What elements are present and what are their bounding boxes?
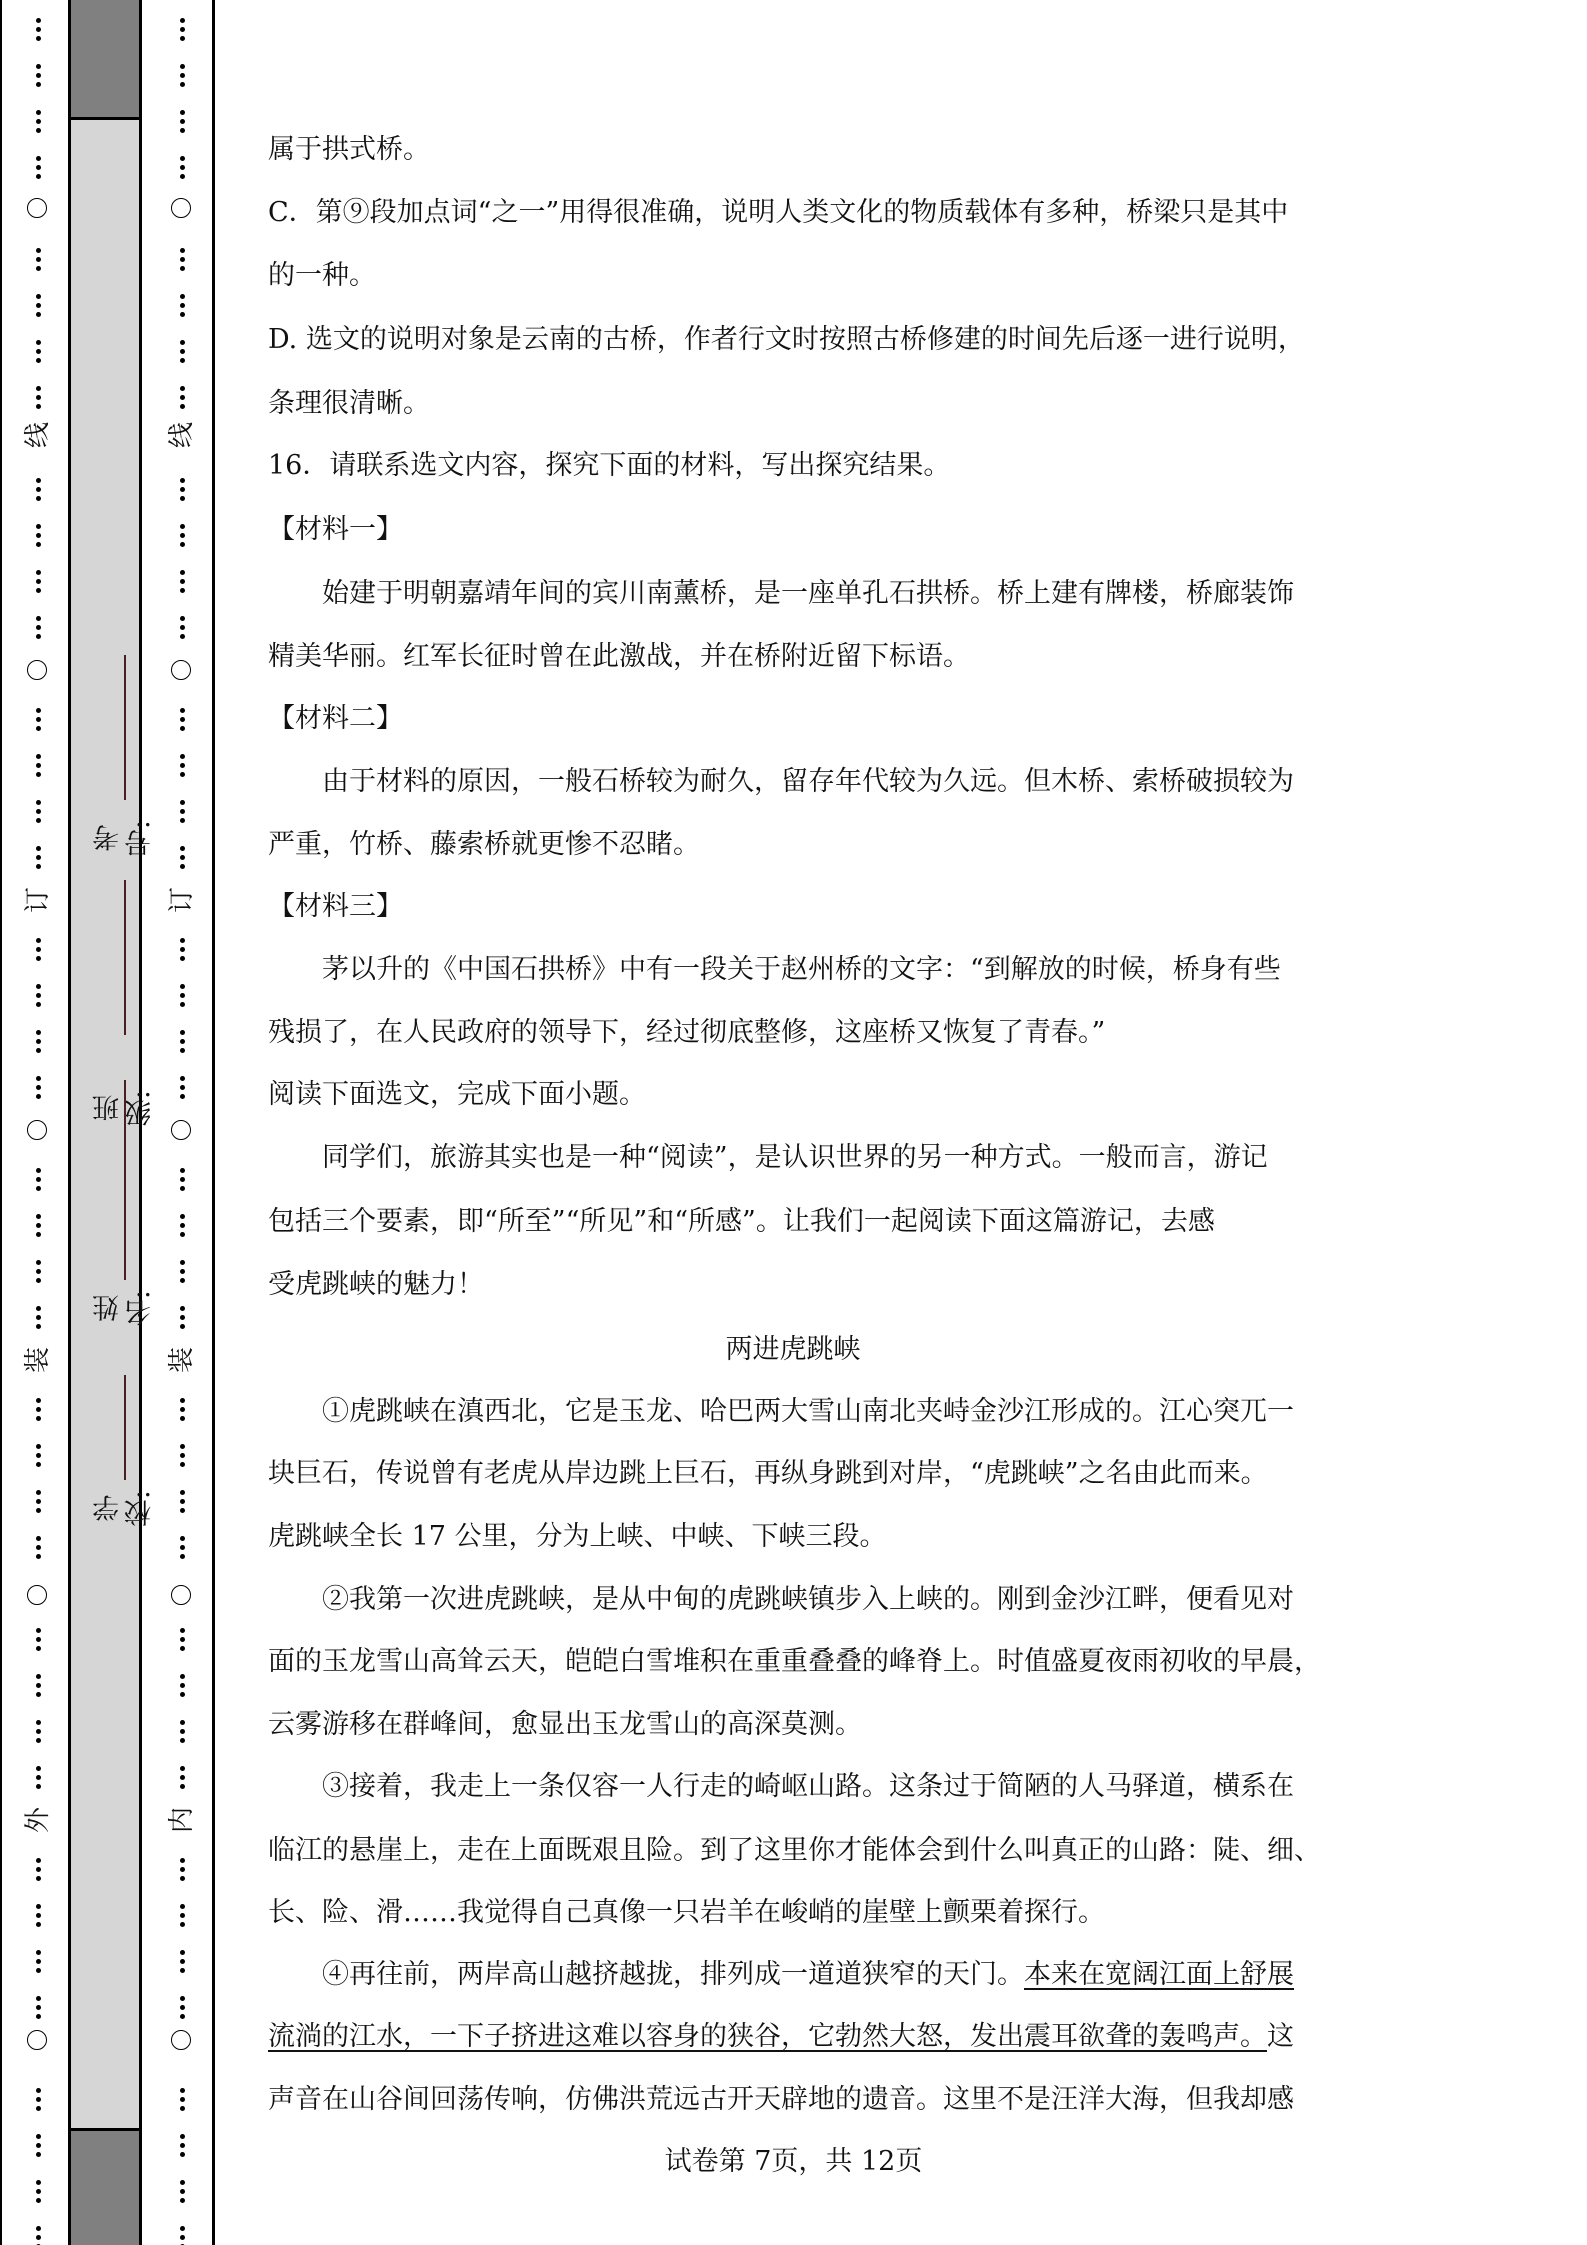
dot-separator: [34, 2088, 42, 2115]
dot-separator: [178, 984, 186, 1011]
dot-separator: [178, 294, 186, 321]
dot-separator: [178, 1444, 186, 1471]
underlined-sentence-cont: 流淌的江水，一下子挤进这难以容身的狭谷，它勃然大怒，发出震耳欲聋的轰鸣声。: [268, 2021, 1267, 2052]
dot-separator: [34, 1076, 42, 1103]
option-d: D. 选文的说明对象是云南的古桥，作者行文时按照古桥修建的时间先后逐一进行说明，: [268, 323, 1305, 357]
material-3-text: 茅以升的《中国石拱桥》中有一段关于赵州桥的文字：“到解放的时候，桥身有些: [322, 953, 1281, 987]
dot-separator: [34, 1398, 42, 1425]
dot-separator: [34, 570, 42, 597]
outer-cut-char: 外: [22, 1804, 54, 1836]
option-d-continuation: 条理很清晰。: [268, 387, 430, 421]
dot-separator: [178, 1996, 186, 2023]
dot-separator: [178, 1950, 186, 1977]
material-1-text: 始建于明朝嘉靖年间的宾川南薰桥，是一座单孔石拱桥。桥上建有牌楼，桥廊装饰: [322, 577, 1294, 611]
dot-separator: [34, 156, 42, 183]
dot-separator: [34, 1536, 42, 1563]
dot-separator: [178, 248, 186, 275]
dot-separator: [178, 2180, 186, 2207]
dot-separator: [34, 1950, 42, 1977]
question-16: 16．请联系选文内容，探究下面的材料，写出探究结果。: [268, 449, 950, 483]
dot-separator: [34, 1628, 42, 1655]
dot-separator: [178, 1766, 186, 1793]
dot-separator: [34, 984, 42, 1011]
material-2-text-cont: 严重，竹桥、藤索桥就更惨不忍睹。: [268, 828, 700, 862]
intro-text: 同学们，旅游其实也是一种“阅读”，是认识世界的另一种方式。一般而言，游记: [322, 1141, 1268, 1175]
paragraph-2-end: 云雾游移在群峰间，愈显出玉龙雪山的高深莫测。: [268, 1708, 862, 1742]
dot-separator: [34, 1030, 42, 1057]
dot-separator: [178, 616, 186, 643]
option-c-continuation: 的一种。: [268, 259, 376, 293]
dot-separator: [34, 1214, 42, 1241]
dot-separator: [34, 294, 42, 321]
inner-cut-char: 内: [166, 1804, 198, 1836]
dot-separator: [34, 2226, 42, 2245]
dot-separator: [34, 524, 42, 551]
paragraph-4-cont: 流淌的江水，一下子挤进这难以容身的狭谷，它勃然大怒，发出震耳欲聋的轰鸣声。这: [268, 2020, 1294, 2054]
intro-text-cont: 包括三个要素，即“所至”“所见”和“所感”。让我们一起阅读下面这篇游记，去感: [268, 1205, 1215, 1239]
dot-separator: [34, 800, 42, 827]
dot-separator: [34, 110, 42, 137]
dot-separator: [34, 1996, 42, 2023]
paragraph-4: ④再往前，两岸高山越挤越拢，排列成一道道狭窄的天门。本来在宽阔江面上舒展: [322, 1958, 1294, 1992]
dot-separator: [178, 1168, 186, 1195]
outer-border: [0, 0, 2, 2245]
dot-separator: [178, 2088, 186, 2115]
dot-separator: [34, 64, 42, 91]
material-2-heading: 【材料二】: [268, 702, 403, 736]
page-footer: 试卷第 7页，共 12页: [0, 2145, 1587, 2179]
option-c: C．第⑨段加点词“之一”用得很准确，说明人类文化的物质载体有多种，桥梁只是其中: [268, 196, 1288, 230]
dot-separator: [34, 478, 42, 505]
dot-separator: [34, 1720, 42, 1747]
dot-separator: [34, 1674, 42, 1701]
dot-separator: [178, 1674, 186, 1701]
material-2-text: 由于材料的原因，一般石桥较为耐久，留存年代较为久远。但木桥、索桥破损较为: [322, 765, 1294, 799]
binding-hole-circle-icon: [27, 1585, 47, 1605]
dot-separator: [34, 386, 42, 413]
dot-separator: [178, 1076, 186, 1103]
dot-separator: [178, 2226, 186, 2245]
binding-hole-circle-icon: [27, 2030, 47, 2050]
paragraph-1-end: 虎跳峡全长 17 公里，分为上峡、中峡、下峡三段。: [268, 1520, 887, 1554]
dot-separator: [34, 1490, 42, 1517]
dot-separator: [178, 1490, 186, 1517]
binding-hole-circle-icon: [27, 660, 47, 680]
inner-cut-char: 订: [166, 884, 198, 916]
dot-separator: [178, 386, 186, 413]
exam-number-label: 考号:: [93, 820, 125, 856]
school-underline: [124, 1375, 126, 1480]
outer-cut-char: 线: [22, 419, 54, 451]
intro-text-end: 受虎跳峡的魅力！: [268, 1268, 484, 1302]
dot-separator: [178, 1628, 186, 1655]
material-1-heading: 【材料一】: [268, 513, 403, 547]
paragraph-4-text-cont: 这: [1267, 2021, 1294, 2052]
dot-separator: [34, 1444, 42, 1471]
outer-cut-line: 线订装外: [28, 0, 48, 2245]
dot-separator: [34, 708, 42, 735]
margin-rule: [212, 0, 215, 2245]
material-3-text-cont: 残损了，在人民政府的领导下，经过彻底整修，这座桥又恢复了青春。”: [268, 1016, 1105, 1050]
name-underline: [124, 1080, 126, 1280]
binding-hole-circle-icon: [171, 198, 191, 218]
dot-separator: [34, 18, 42, 45]
dot-separator: [178, 938, 186, 965]
dot-separator: [34, 938, 42, 965]
dot-separator: [178, 1904, 186, 1931]
dot-separator: [34, 846, 42, 873]
paragraph-2-cont: 面的玉龙雪山高耸云天，皑皑白雪堆积在重重叠叠的峰脊上。时值盛夏夜雨初收的早晨，: [268, 1645, 1321, 1679]
dot-separator: [178, 1858, 186, 1885]
student-info-band: 考号: 班级: 姓名: 学校:: [68, 0, 142, 2245]
dot-separator: [178, 1030, 186, 1057]
paragraph-2: ②我第一次进虎跳峡，是从中甸的虎跳峡镇步入上峡的。刚到金沙江畔，便看见对: [322, 1583, 1294, 1617]
class-label: 班级:: [93, 1090, 125, 1126]
paragraph-3-cont: 临江的悬崖上，走在上面既艰且险。到了这里你才能体会到什么叫真正的山路：陡、细、: [268, 1834, 1321, 1868]
dot-separator: [34, 1306, 42, 1333]
paragraph-3: ③接着，我走上一条仅容一人行走的崎岖山路。这条过于简陋的人马驿道，横系在: [322, 1770, 1294, 1804]
binding-hole-circle-icon: [171, 2030, 191, 2050]
dot-separator: [34, 1260, 42, 1287]
outer-cut-char: 订: [22, 884, 54, 916]
exam-number-underline: [124, 655, 126, 800]
dot-separator: [34, 340, 42, 367]
dot-separator: [178, 524, 186, 551]
paragraph-4-end: 声音在山谷间回荡传响，仿佛洪荒远古开天辟地的遗音。这里不是汪洋大海，但我却感: [268, 2083, 1294, 2117]
binding-hole-circle-icon: [171, 1585, 191, 1605]
binding-hole-circle-icon: [171, 660, 191, 680]
dot-separator: [34, 2180, 42, 2207]
dot-separator: [178, 708, 186, 735]
dot-separator: [178, 1306, 186, 1333]
dot-separator: [178, 1536, 186, 1563]
material-3-heading: 【材料三】: [268, 890, 403, 924]
article-title: 两进虎跳峡: [268, 1333, 1318, 1367]
dot-separator: [178, 478, 186, 505]
inner-cut-line: 线订装内: [172, 0, 192, 2245]
inner-cut-char: 线: [166, 419, 198, 451]
dot-separator: [34, 1858, 42, 1885]
binding-hole-circle-icon: [27, 1120, 47, 1140]
dot-separator: [178, 340, 186, 367]
school-label: 学校:: [93, 1490, 125, 1526]
dot-separator: [34, 248, 42, 275]
outer-cut-char: 装: [22, 1344, 54, 1376]
band-dark-top: [71, 0, 139, 120]
inner-cut-char: 装: [166, 1344, 198, 1376]
material-1-text-cont: 精美华丽。红军长征时曾在此激战，并在桥附近留下标语。: [268, 640, 970, 674]
dot-separator: [178, 1260, 186, 1287]
paragraph-1: ①虎跳峡在滇西北，它是玉龙、哈巴两大雪山南北夹峙金沙江形成的。江心突兀一: [322, 1395, 1294, 1429]
paragraph-4-text: ④再往前，两岸高山越挤越拢，排列成一道道狭窄的天门。: [322, 1959, 1024, 1990]
binding-hole-circle-icon: [171, 1120, 191, 1140]
dot-separator: [178, 800, 186, 827]
dot-separator: [178, 110, 186, 137]
dot-separator: [178, 156, 186, 183]
dot-separator: [178, 1398, 186, 1425]
paragraph-3-end: 长、险、滑……我觉得自己真像一只岩羊在峻峭的崖壁上颤栗着探行。: [268, 1896, 1105, 1930]
dot-separator: [34, 616, 42, 643]
class-underline: [124, 880, 126, 1035]
dot-separator: [178, 64, 186, 91]
dot-separator: [178, 846, 186, 873]
paragraph-1-cont: 块巨石，传说曾有老虎从岸边跳上巨石，再纵身跳到对岸，“虎跳峡”之名由此而来。: [268, 1457, 1268, 1491]
dot-separator: [178, 754, 186, 781]
dot-separator: [34, 1904, 42, 1931]
underlined-sentence: 本来在宽阔江面上舒展: [1024, 1959, 1294, 1990]
dot-separator: [178, 18, 186, 45]
option-b-continuation: 属于拱式桥。: [268, 133, 430, 167]
name-label: 姓名:: [93, 1290, 125, 1326]
dot-separator: [34, 1766, 42, 1793]
binding-hole-circle-icon: [27, 198, 47, 218]
dot-separator: [34, 754, 42, 781]
reading-instruction: 阅读下面选文，完成下面小题。: [268, 1078, 646, 1112]
dot-separator: [178, 1214, 186, 1241]
dot-separator: [178, 570, 186, 597]
dot-separator: [178, 1720, 186, 1747]
dot-separator: [34, 1168, 42, 1195]
